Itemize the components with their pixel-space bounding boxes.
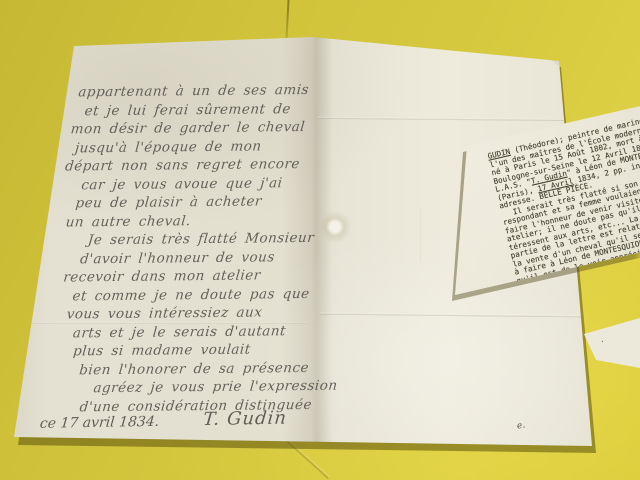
handwriting-line: départ non sans regret encore	[64, 154, 358, 176]
handwriting-line: recevoir dans mon atelier	[62, 265, 359, 287]
letter-date: ce 17 avril 1834.	[39, 414, 160, 432]
handwriting-line: plus si madame voulait	[72, 339, 360, 361]
handwriting-lines: appartenant à un de ses amiset je lui fe…	[56, 80, 359, 416]
photo-stage: appartenant à un de ses amiset je lui fe…	[0, 0, 640, 480]
paper-crease	[420, 210, 422, 262]
paper-crease	[318, 117, 590, 121]
handwriting-line: mon désir de garder le cheval	[70, 117, 358, 139]
stray-ink-mark: e.	[516, 420, 526, 431]
handwriting-line: vous vous intéressiez aux	[66, 302, 360, 324]
handwriting-line: Je serais très flatté Monsieur	[87, 228, 359, 249]
gudin-signature: T. Gudin	[202, 408, 287, 430]
paper-crease	[320, 313, 588, 318]
handwriting-line: appartenant à un de ses amis	[77, 80, 357, 101]
date-signature-line: ce 17 avril 1834.T. Gudin	[39, 406, 371, 433]
handwriting-line: peu de plaisir à acheter	[75, 191, 359, 212]
handwriting-line: agréez je vous prie l'expression	[93, 376, 361, 397]
